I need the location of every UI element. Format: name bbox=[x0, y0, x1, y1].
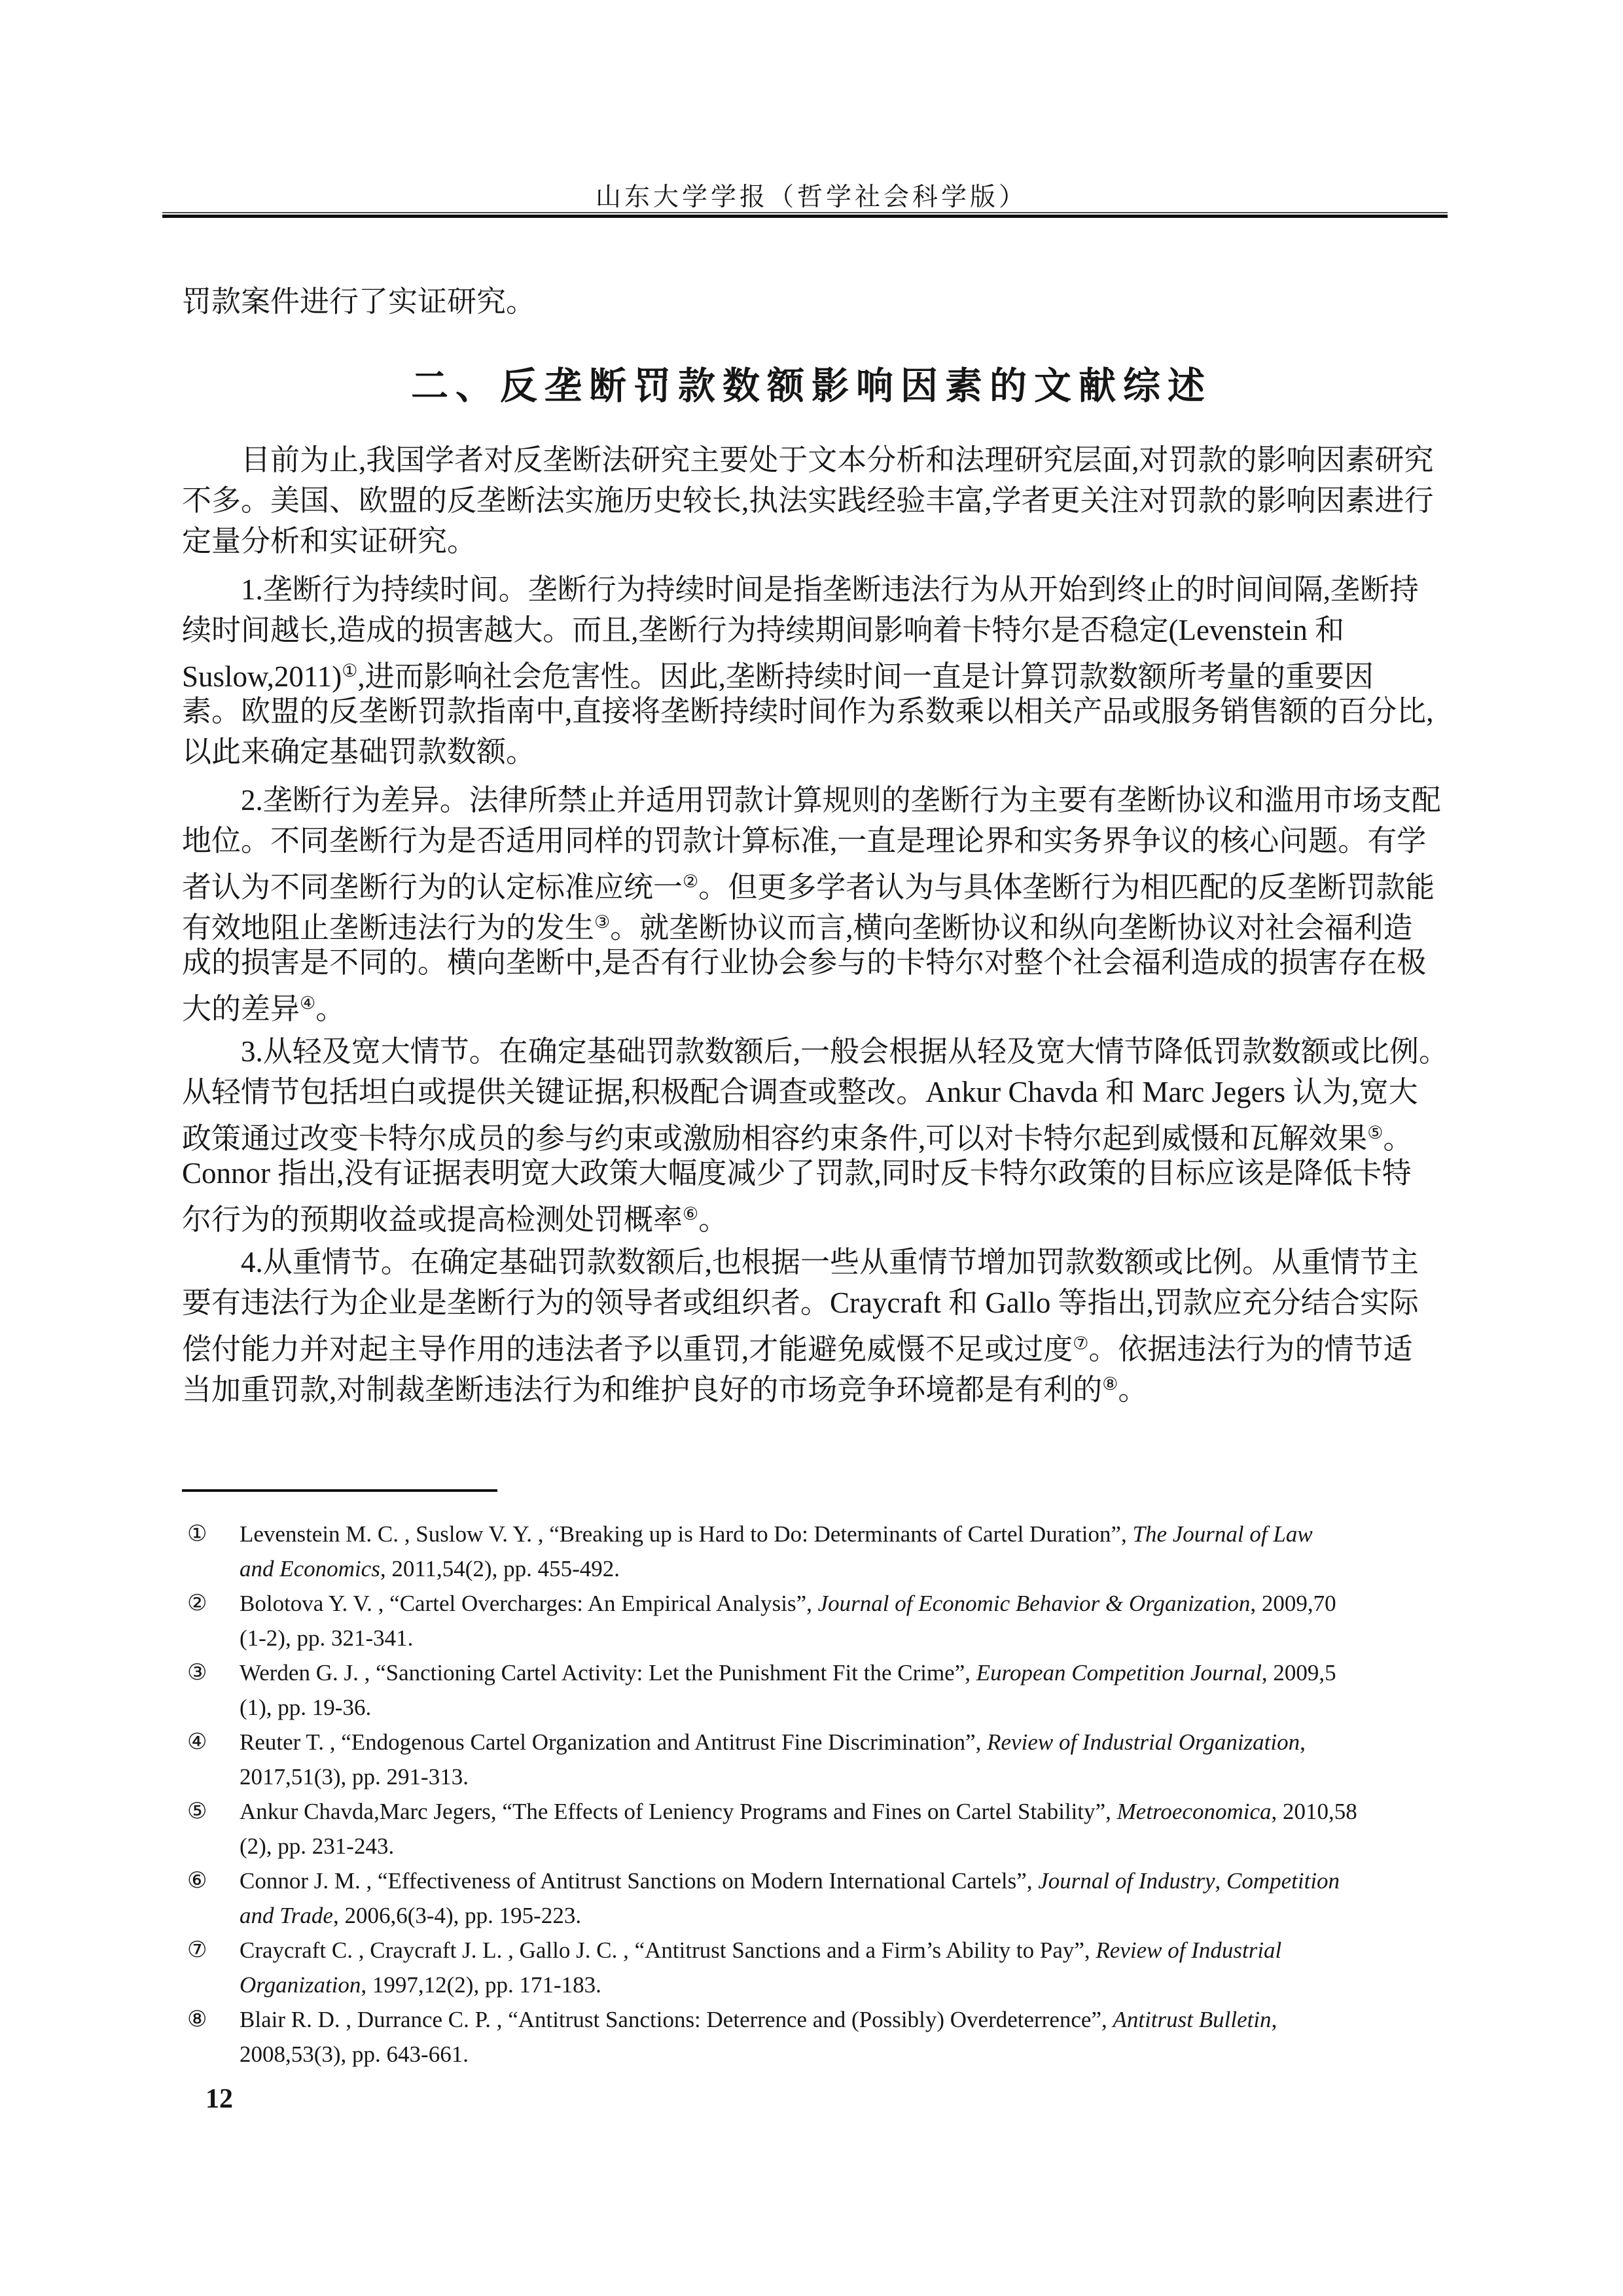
text-run: (1-2), pp. 321-341. bbox=[240, 1625, 413, 1651]
body-line: 地位。不同垄断行为是否适用同样的罚款计算标准,一直是理论界和实务界争议的核心问题… bbox=[182, 821, 1448, 861]
text-run: 当加重罚款,对制裁垄断违法行为和维护良好的市场竞争环境都是有利的 bbox=[182, 1373, 1102, 1406]
footnote-number: ⑧ bbox=[187, 2002, 207, 2037]
text-run: and Trade bbox=[240, 1903, 333, 1928]
text-run: Antitrust Bulletin bbox=[1113, 2007, 1271, 2032]
text-run: ,进而影响社会危害性。因此,垄断持续时间一直是计算罚款数额所考量的重要因 bbox=[357, 660, 1374, 693]
text-run: 定量分析和实证研究。 bbox=[182, 525, 476, 557]
footnote-line: Werden G. J. , “Sanctioning Cartel Activ… bbox=[240, 1655, 1448, 1690]
text-run: 不多。美国、欧盟的反垄断法实施历史较长,执法实践经验丰富,学者更关注对罚款的影响… bbox=[182, 484, 1434, 517]
text-run: 。但更多学者认为与具体垄断行为相匹配的反垄断罚款能 bbox=[698, 871, 1435, 904]
text-run: 素。欧盟的反垄断罚款指南中,直接将垄断持续时间作为系数乘以相关产品或服务销售额的… bbox=[182, 695, 1434, 728]
footnote-line: (2), pp. 231-243. bbox=[240, 1829, 1448, 1863]
body-line: 1.垄断行为持续时间。垄断行为持续时间是指垄断违法行为从开始到终止的时间间隔,垄… bbox=[182, 569, 1448, 610]
body-paragraphs: 目前为止,我国学者对反垄断法研究主要处于文本分析和法理研究层面,对罚款的影响因素… bbox=[182, 440, 1448, 1412]
footnote-line: Bolotova Y. V. , “Cartel Overcharges: An… bbox=[240, 1586, 1448, 1621]
footnote-ref-marker: ④ bbox=[300, 993, 315, 1013]
footnote-line: (1), pp. 19-36. bbox=[240, 1690, 1448, 1725]
footnote-line: Reuter T. , “Endogenous Cartel Organizat… bbox=[240, 1725, 1448, 1759]
footnote-number: ④ bbox=[187, 1725, 207, 1759]
footnote-item: ⑤Ankur Chavda,Marc Jegers, “The Effects … bbox=[182, 1794, 1448, 1863]
text-run: 地位。不同垄断行为是否适用同样的罚款计算标准,一直是理论界和实务界争议的核心问题… bbox=[182, 824, 1426, 857]
text-run: 大的差异 bbox=[182, 993, 300, 1025]
text-run: The Journal of Law bbox=[1133, 1521, 1313, 1547]
text-run: , bbox=[1300, 1729, 1306, 1755]
paragraph: 1.垄断行为持续时间。垄断行为持续时间是指垄断违法行为从开始到终止的时间间隔,垄… bbox=[182, 569, 1448, 772]
footnote-line: and Economics, 2011,54(2), pp. 455-492. bbox=[240, 1551, 1448, 1586]
footnote-ref-marker: ⑥ bbox=[683, 1204, 698, 1224]
footnote-item: ⑦Craycraft C. , Craycraft J. L. , Gallo … bbox=[182, 1933, 1448, 2002]
paragraph: 2.垄断行为差异。法律所禁止并适用罚款计算规则的垄断行为主要有垄断协议和滥用市场… bbox=[182, 780, 1448, 1023]
footnote-item: ④Reuter T. , “Endogenous Cartel Organiza… bbox=[182, 1725, 1448, 1794]
paragraph: 目前为止,我国学者对反垄断法研究主要处于文本分析和法理研究层面,对罚款的影响因素… bbox=[182, 440, 1448, 561]
footnote-number: ③ bbox=[187, 1655, 207, 1690]
text-run: 。就垄断协议而言,横向垄断协议和纵向垄断协议对社会福利造 bbox=[610, 911, 1412, 944]
footnote-line: Blair R. D. , Durrance C. P. , “Antitrus… bbox=[240, 2002, 1448, 2037]
body-line: 当加重罚款,对制裁垄断违法行为和维护良好的市场竞争环境都是有利的⑧。 bbox=[182, 1364, 1448, 1404]
body-line: Suslow,2011)①,进而影响社会危害性。因此,垄断持续时间一直是计算罚款… bbox=[182, 650, 1448, 691]
footnote-number: ⑥ bbox=[187, 1863, 207, 1898]
text-run: Connor J. M. , “Effectiveness of Antitru… bbox=[240, 1868, 1038, 1894]
text-run: Journal of Economic Behavior & Organizat… bbox=[818, 1591, 1251, 1616]
text-run: 。 bbox=[698, 1203, 728, 1236]
text-run: 要有违法行为企业是垄断行为的领导者或组织者。Craycraft 和 Gallo … bbox=[182, 1286, 1419, 1319]
footnote-ref-marker: ⑦ bbox=[1073, 1333, 1088, 1353]
text-run: 者认为不同垄断行为的认定标准应统一 bbox=[182, 871, 683, 904]
body-line: 续时间越长,造成的损害越大。而且,垄断行为持续期间影响着卡特尔是否稳定(Leve… bbox=[182, 610, 1448, 650]
body-line: 尔行为的预期收益或提高检测处罚概率⑥。 bbox=[182, 1193, 1448, 1234]
text-run: Organization bbox=[240, 1972, 361, 1998]
body-line: 从轻情节包括坦白或提供关键证据,积极配合调查或整改。Ankur Chavda 和… bbox=[182, 1072, 1448, 1112]
body-line: Connor 指出,没有证据表明宽大政策大幅度减少了罚款,同时反卡特尔政策的目标… bbox=[182, 1153, 1448, 1193]
text-run: 2008,53(3), pp. 643-661. bbox=[240, 2041, 469, 2067]
journal-running-head: 山东大学学报（哲学社会科学版） bbox=[0, 177, 1623, 213]
text-run: , 2011,54(2), pp. 455-492. bbox=[380, 1556, 620, 1581]
body-line: 偿付能力并对起主导作用的违法者予以重罚,才能避免威慑不足或过度⑦。依据违法行为的… bbox=[182, 1323, 1448, 1364]
text-run: 。 bbox=[1383, 1122, 1412, 1155]
text-run: Metroeconomica bbox=[1117, 1799, 1272, 1824]
text-run: 有效地阻止垄断违法行为的发生 bbox=[182, 911, 594, 944]
body-line: 4.从重情节。在确定基础罚款数额后,也根据一些从重情节增加罚款数额或比例。从重情… bbox=[182, 1242, 1448, 1282]
body-line: 以此来确定基础罚款数额。 bbox=[182, 732, 1448, 772]
paragraph: 3.从轻及宽大情节。在确定基础罚款数额后,一般会根据从轻及宽大情节降低罚款数额或… bbox=[182, 1031, 1448, 1234]
text-run: Blair R. D. , Durrance C. P. , “Antitrus… bbox=[240, 2007, 1113, 2032]
footnote-line: 2017,51(3), pp. 291-313. bbox=[240, 1759, 1448, 1794]
body-line: 要有违法行为企业是垄断行为的领导者或组织者。Craycraft 和 Gallo … bbox=[182, 1282, 1448, 1323]
text-run: Bolotova Y. V. , “Cartel Overcharges: An… bbox=[240, 1591, 818, 1616]
text-run: Suslow,2011) bbox=[182, 660, 342, 693]
text-run: 偿付能力并对起主导作用的违法者予以重罚,才能避免威慑不足或过度 bbox=[182, 1333, 1073, 1366]
text-run: (1), pp. 19-36. bbox=[240, 1695, 371, 1720]
text-run: Journal of Industry bbox=[1038, 1868, 1215, 1894]
text-run: Ankur Chavda,Marc Jegers, “The Effects o… bbox=[240, 1799, 1117, 1824]
footnote-line: Connor J. M. , “Effectiveness of Antitru… bbox=[240, 1863, 1448, 1898]
text-run: 从轻情节包括坦白或提供关键证据,积极配合调查或整改。Ankur Chavda 和… bbox=[182, 1076, 1418, 1108]
footnote-line: and Trade, 2006,6(3-4), pp. 195-223. bbox=[240, 1898, 1448, 1933]
body-line: 定量分析和实证研究。 bbox=[182, 521, 1448, 561]
text-run: 。依据违法行为的情节适 bbox=[1088, 1333, 1412, 1366]
text-run: , 2009,5 bbox=[1262, 1660, 1336, 1686]
text-run: , 2010,58 bbox=[1272, 1799, 1357, 1824]
text-run: 3.从轻及宽大情节。在确定基础罚款数额后,一般会根据从轻及宽大情节降低罚款数额或… bbox=[241, 1035, 1448, 1068]
footnote-ref-marker: ⑧ bbox=[1102, 1374, 1118, 1394]
footnote-item: ⑧Blair R. D. , Durrance C. P. , “Antitru… bbox=[182, 2002, 1448, 2072]
footnote-separator bbox=[182, 1489, 497, 1492]
footnote-ref-marker: ① bbox=[342, 661, 357, 680]
footnote-item: ③Werden G. J. , “Sanctioning Cartel Acti… bbox=[182, 1655, 1448, 1725]
text-run: 1.垄断行为持续时间。垄断行为持续时间是指垄断违法行为从开始到终止的时间间隔,垄… bbox=[241, 573, 1419, 606]
footnote-line: Levenstein M. C. , Suslow V. Y. , “Break… bbox=[240, 1517, 1448, 1551]
text-run: 政策通过改变卡特尔成员的参与约束或激励相容约束条件,可以对卡特尔起到威慑和瓦解效… bbox=[182, 1122, 1367, 1155]
text-run: Reuter T. , “Endogenous Cartel Organizat… bbox=[240, 1729, 987, 1755]
text-run: 。 bbox=[1118, 1373, 1147, 1406]
text-run: 4.从重情节。在确定基础罚款数额后,也根据一些从重情节增加罚款数额或比例。从重情… bbox=[241, 1246, 1419, 1279]
journal-page: 山东大学学报（哲学社会科学版） 罚款案件进行了实证研究。 二、反垄断罚款数额影响… bbox=[0, 0, 1623, 2296]
text-run: Review of Industrial Organization bbox=[987, 1729, 1300, 1755]
text-run: , 2009,70 bbox=[1250, 1591, 1336, 1616]
text-run: Werden G. J. , “Sanctioning Cartel Activ… bbox=[240, 1660, 976, 1686]
page-number: 12 bbox=[205, 2083, 233, 2115]
section-heading: 二、反垄断罚款数额影响因素的文献综述 bbox=[0, 356, 1623, 410]
text-run: , bbox=[1215, 1868, 1227, 1894]
body-line: 政策通过改变卡特尔成员的参与约束或激励相容约束条件,可以对卡特尔起到威慑和瓦解效… bbox=[182, 1112, 1448, 1153]
text-run: 以此来确定基础罚款数额。 bbox=[182, 735, 535, 768]
body-line: 者认为不同垄断行为的认定标准应统一②。但更多学者认为与具体垄断行为相匹配的反垄断… bbox=[182, 861, 1448, 902]
text-run: Levenstein M. C. , Suslow V. Y. , “Break… bbox=[240, 1521, 1133, 1547]
footnote-ref-marker: ⑤ bbox=[1367, 1123, 1383, 1142]
text-run: 2.垄断行为差异。法律所禁止并适用罚款计算规则的垄断行为主要有垄断协议和滥用市场… bbox=[241, 784, 1441, 817]
body-line: 成的损害是不同的。横向垄断中,是否有行业协会参与的卡特尔对整个社会福利造成的损害… bbox=[182, 942, 1448, 983]
text-run: European Competition Journal bbox=[976, 1660, 1262, 1686]
text-run: 2017,51(3), pp. 291-313. bbox=[240, 1764, 469, 1790]
body-line: 大的差异④。 bbox=[182, 983, 1448, 1023]
text-run: and Economics bbox=[240, 1556, 380, 1581]
text-run: 。 bbox=[315, 993, 345, 1025]
footnote-number: ⑦ bbox=[187, 1933, 207, 1968]
body-line: 有效地阻止垄断违法行为的发生③。就垄断协议而言,横向垄断协议和纵向垄断协议对社会… bbox=[182, 902, 1448, 942]
footnote-line: 2008,53(3), pp. 643-661. bbox=[240, 2037, 1448, 2072]
body-line: 不多。美国、欧盟的反垄断法实施历史较长,执法实践经验丰富,学者更关注对罚款的影响… bbox=[182, 480, 1448, 521]
carryover-paragraph: 罚款案件进行了实证研究。 bbox=[182, 281, 535, 322]
text-run: 尔行为的预期收益或提高检测处罚概率 bbox=[182, 1203, 683, 1236]
text-run: Craycraft C. , Craycraft J. L. , Gallo J… bbox=[240, 1937, 1096, 1963]
footnote-ref-marker: ③ bbox=[594, 912, 610, 932]
text-run: , bbox=[1272, 2007, 1277, 2032]
footnote-item: ①Levenstein M. C. , Suslow V. Y. , “Brea… bbox=[182, 1517, 1448, 1586]
footnote-number: ② bbox=[187, 1586, 207, 1621]
body-line: 素。欧盟的反垄断罚款指南中,直接将垄断持续时间作为系数乘以相关产品或服务销售额的… bbox=[182, 691, 1448, 732]
text-run: 目前为止,我国学者对反垄断法研究主要处于文本分析和法理研究层面,对罚款的影响因素… bbox=[241, 444, 1434, 476]
footnote-item: ②Bolotova Y. V. , “Cartel Overcharges: A… bbox=[182, 1586, 1448, 1655]
footnote-item: ⑥Connor J. M. , “Effectiveness of Antitr… bbox=[182, 1863, 1448, 1933]
text-run: , 1997,12(2), pp. 171-183. bbox=[361, 1972, 601, 1998]
footnote-line: (1-2), pp. 321-341. bbox=[240, 1621, 1448, 1655]
body-line: 2.垄断行为差异。法律所禁止并适用罚款计算规则的垄断行为主要有垄断协议和滥用市场… bbox=[182, 780, 1448, 821]
text-run: Connor 指出,没有证据表明宽大政策大幅度减少了罚款,同时反卡特尔政策的目标… bbox=[182, 1157, 1412, 1190]
text-run: 续时间越长,造成的损害越大。而且,垄断行为持续期间影响着卡特尔是否稳定(Leve… bbox=[182, 614, 1344, 646]
paragraph: 4.从重情节。在确定基础罚款数额后,也根据一些从重情节增加罚款数额或比例。从重情… bbox=[182, 1242, 1448, 1404]
text-run: Review of Industrial bbox=[1096, 1937, 1281, 1963]
footnote-line: Organization, 1997,12(2), pp. 171-183. bbox=[240, 1968, 1448, 2002]
text-run: Competition bbox=[1226, 1868, 1340, 1894]
body-line: 目前为止,我国学者对反垄断法研究主要处于文本分析和法理研究层面,对罚款的影响因素… bbox=[182, 440, 1448, 480]
footnote-number: ① bbox=[187, 1517, 207, 1551]
text-run: 成的损害是不同的。横向垄断中,是否有行业协会参与的卡特尔对整个社会福利造成的损害… bbox=[182, 946, 1426, 979]
footnote-line: Craycraft C. , Craycraft J. L. , Gallo J… bbox=[240, 1933, 1448, 1968]
footnote-list: ①Levenstein M. C. , Suslow V. Y. , “Brea… bbox=[182, 1517, 1448, 2072]
footnote-ref-marker: ② bbox=[683, 872, 698, 891]
body-line: 3.从轻及宽大情节。在确定基础罚款数额后,一般会根据从轻及宽大情节降低罚款数额或… bbox=[182, 1031, 1448, 1072]
footnote-line: Ankur Chavda,Marc Jegers, “The Effects o… bbox=[240, 1794, 1448, 1829]
text-run: (2), pp. 231-243. bbox=[240, 1833, 394, 1859]
text-run: , 2006,6(3-4), pp. 195-223. bbox=[333, 1903, 581, 1928]
footnote-number: ⑤ bbox=[187, 1794, 207, 1829]
header-rule bbox=[162, 212, 1448, 218]
